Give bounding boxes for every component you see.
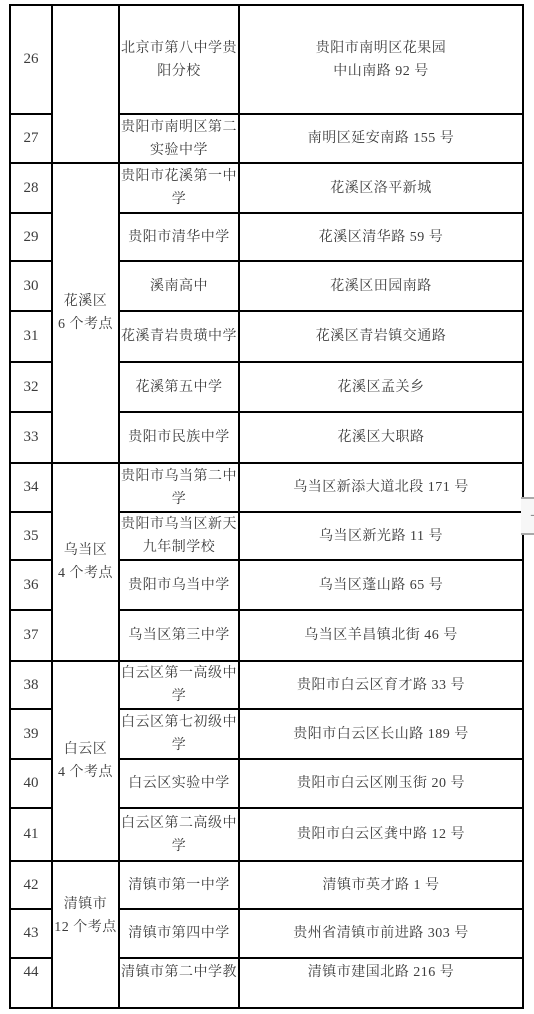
row-number-cell: 42 <box>10 861 52 909</box>
district-group-cell: 乌当区4 个考点 <box>52 463 119 661</box>
row-number-cell: 30 <box>10 261 52 311</box>
row-number-cell: 34 <box>10 463 52 512</box>
school-name-cell-line: 白云区实验中学 <box>120 772 238 795</box>
address-cell-line: 乌当区新添大道北段 171 号 <box>240 476 522 499</box>
address-cell: 贵阳市南明区花果园中山南路 92 号 <box>239 5 523 114</box>
school-name-cell: 贵阳市乌当中学 <box>119 560 239 610</box>
school-name-cell-line: 北京市第八中学贵 <box>120 37 238 60</box>
address-cell-line: 南明区延安南路 155 号 <box>240 127 522 150</box>
address-cell: 花溪区孟关乡 <box>239 362 523 412</box>
row-number-cell: 43 <box>10 909 52 958</box>
school-name-cell-line: 白云区第七初级中 <box>120 711 238 734</box>
address-cell-line: 贵阳市白云区长山路 189 号 <box>240 723 522 746</box>
school-name-cell-line: 白云区第一高级中 <box>120 662 238 685</box>
school-name-cell-line: 学 <box>120 188 238 211</box>
school-name-cell: 白云区第一高级中学 <box>119 661 239 709</box>
school-name-cell-line: 学 <box>120 734 238 757</box>
zoom-in-button[interactable]: + <box>521 497 534 535</box>
table-row: 26北京市第八中学贵阳分校贵阳市南明区花果园中山南路 92 号 <box>10 5 523 114</box>
school-name-cell-line: 九年制学校 <box>120 536 238 559</box>
school-name-cell-line: 学 <box>120 685 238 708</box>
row-number-cell: 35 <box>10 512 52 560</box>
district-group-cell-line: 6 个考点 <box>53 313 118 336</box>
row-number-cell: 26 <box>10 5 52 114</box>
district-group-cell-line: 4 个考点 <box>53 761 118 784</box>
row-number-cell: 28 <box>10 163 52 213</box>
school-name-cell-line: 阳分校 <box>120 60 238 83</box>
row-number-cell: 39 <box>10 709 52 759</box>
school-name-cell-line: 花溪青岩贵璜中学 <box>120 325 238 348</box>
address-cell-line: 乌当区蓬山路 65 号 <box>240 574 522 597</box>
school-name-cell: 贵阳市清华中学 <box>119 213 239 261</box>
district-group-cell <box>52 5 119 163</box>
row-number-cell: 38 <box>10 661 52 709</box>
row-number-cell: 27 <box>10 114 52 163</box>
table-row: 38白云区4 个考点白云区第一高级中学贵阳市白云区育才路 33 号 <box>10 661 523 709</box>
address-cell-line: 贵州省清镇市前进路 303 号 <box>240 922 522 945</box>
row-number-cell: 36 <box>10 560 52 610</box>
exam-site-table-body: 26北京市第八中学贵阳分校贵阳市南明区花果园中山南路 92 号27贵阳市南明区第… <box>10 5 523 1008</box>
table-row: 42清镇市12 个考点清镇市第一中学清镇市英才路 1 号 <box>10 861 523 909</box>
school-name-cell: 贵阳市南明区第二实验中学 <box>119 114 239 163</box>
school-name-cell: 清镇市第一中学 <box>119 861 239 909</box>
address-cell: 乌当区新光路 11 号 <box>239 512 523 560</box>
school-name-cell-line: 贵阳市乌当第二中 <box>120 465 238 488</box>
school-name-cell: 白云区第七初级中学 <box>119 709 239 759</box>
row-number-cell: 31 <box>10 311 52 362</box>
address-cell: 花溪区青岩镇交通路 <box>239 311 523 362</box>
row-number-cell: 40 <box>10 759 52 808</box>
row-number-cell: 29 <box>10 213 52 261</box>
district-group-cell: 清镇市12 个考点 <box>52 861 119 1008</box>
school-name-cell-line: 清镇市第二中学教 <box>120 961 238 984</box>
school-name-cell-line: 贵阳市清华中学 <box>120 226 238 249</box>
district-group-cell-line: 4 个考点 <box>53 562 118 585</box>
school-name-cell: 白云区实验中学 <box>119 759 239 808</box>
school-name-cell-line: 白云区第二高级中 <box>120 812 238 835</box>
address-cell: 贵阳市白云区龚中路 12 号 <box>239 808 523 861</box>
school-name-cell-line: 花溪第五中学 <box>120 376 238 399</box>
address-cell-line: 花溪区青岩镇交通路 <box>240 325 522 348</box>
address-cell: 清镇市英才路 1 号 <box>239 861 523 909</box>
address-cell: 贵阳市白云区育才路 33 号 <box>239 661 523 709</box>
row-number-cell: 33 <box>10 412 52 463</box>
address-cell: 清镇市建国北路 216 号 <box>239 958 523 1008</box>
address-cell-line: 花溪区洛平新城 <box>240 177 522 200</box>
address-cell-line: 贵阳市白云区龚中路 12 号 <box>240 823 522 846</box>
school-name-cell: 贵阳市花溪第一中学 <box>119 163 239 213</box>
address-cell: 乌当区蓬山路 65 号 <box>239 560 523 610</box>
address-cell-line: 乌当区新光路 11 号 <box>240 525 522 548</box>
plus-icon: + <box>530 506 534 526</box>
school-name-cell-line: 实验中学 <box>120 139 238 162</box>
address-cell-line: 清镇市英才路 1 号 <box>240 874 522 897</box>
school-name-cell: 清镇市第二中学教 <box>119 958 239 1008</box>
school-name-cell-line: 贵阳市乌当中学 <box>120 574 238 597</box>
school-name-cell: 花溪第五中学 <box>119 362 239 412</box>
school-name-cell: 溪南高中 <box>119 261 239 311</box>
address-cell-line: 乌当区羊昌镇北街 46 号 <box>240 624 522 647</box>
address-cell: 贵阳市白云区长山路 189 号 <box>239 709 523 759</box>
address-cell: 花溪区大职路 <box>239 412 523 463</box>
row-number-cell: 41 <box>10 808 52 861</box>
school-name-cell-line: 学 <box>120 488 238 511</box>
school-name-cell: 北京市第八中学贵阳分校 <box>119 5 239 114</box>
school-name-cell: 贵阳市乌当区新天九年制学校 <box>119 512 239 560</box>
address-cell-line: 贵阳市南明区花果园 <box>240 37 522 60</box>
school-name-cell: 白云区第二高级中学 <box>119 808 239 861</box>
address-cell: 花溪区洛平新城 <box>239 163 523 213</box>
row-number-cell: 44 <box>10 958 52 1008</box>
school-name-cell-line: 乌当区第三中学 <box>120 624 238 647</box>
address-cell-line: 中山南路 92 号 <box>240 60 522 83</box>
district-group-cell-line: 清镇市 <box>53 893 118 916</box>
address-cell-line: 花溪区孟关乡 <box>240 376 522 399</box>
address-cell: 花溪区田园南路 <box>239 261 523 311</box>
school-name-cell: 花溪青岩贵璜中学 <box>119 311 239 362</box>
table-row: 28花溪区6 个考点贵阳市花溪第一中学花溪区洛平新城 <box>10 163 523 213</box>
school-name-cell: 贵阳市民族中学 <box>119 412 239 463</box>
address-cell: 花溪区清华路 59 号 <box>239 213 523 261</box>
school-name-cell-line: 学 <box>120 835 238 858</box>
table-row: 34乌当区4 个考点贵阳市乌当第二中学乌当区新添大道北段 171 号 <box>10 463 523 512</box>
address-cell: 乌当区新添大道北段 171 号 <box>239 463 523 512</box>
school-name-cell-line: 清镇市第四中学 <box>120 922 238 945</box>
district-group-cell-line: 花溪区 <box>53 290 118 313</box>
address-cell-line: 花溪区大职路 <box>240 426 522 449</box>
address-cell: 南明区延安南路 155 号 <box>239 114 523 163</box>
address-cell: 乌当区羊昌镇北街 46 号 <box>239 610 523 661</box>
district-group-cell-line: 12 个考点 <box>53 916 118 939</box>
district-group-cell-line: 乌当区 <box>53 539 118 562</box>
address-cell-line: 清镇市建国北路 216 号 <box>240 961 522 984</box>
school-name-cell-line: 贵阳市南明区第二 <box>120 116 238 139</box>
address-cell-line: 花溪区清华路 59 号 <box>240 226 522 249</box>
address-cell: 贵州省清镇市前进路 303 号 <box>239 909 523 958</box>
address-cell-line: 花溪区田园南路 <box>240 275 522 298</box>
exam-site-table: 26北京市第八中学贵阳分校贵阳市南明区花果园中山南路 92 号27贵阳市南明区第… <box>9 4 524 1009</box>
school-name-cell-line: 贵阳市花溪第一中 <box>120 165 238 188</box>
address-cell-line: 贵阳市白云区刚玉街 20 号 <box>240 772 522 795</box>
school-name-cell-line: 贵阳市民族中学 <box>120 426 238 449</box>
row-number-cell: 32 <box>10 362 52 412</box>
school-name-cell: 乌当区第三中学 <box>119 610 239 661</box>
district-group-cell-line: 白云区 <box>53 738 118 761</box>
row-number-cell: 37 <box>10 610 52 661</box>
school-name-cell-line: 溪南高中 <box>120 275 238 298</box>
district-group-cell: 花溪区6 个考点 <box>52 163 119 463</box>
address-cell-line: 贵阳市白云区育才路 33 号 <box>240 674 522 697</box>
school-name-cell: 清镇市第四中学 <box>119 909 239 958</box>
school-name-cell: 贵阳市乌当第二中学 <box>119 463 239 512</box>
school-name-cell-line: 清镇市第一中学 <box>120 874 238 897</box>
address-cell: 贵阳市白云区刚玉街 20 号 <box>239 759 523 808</box>
district-group-cell: 白云区4 个考点 <box>52 661 119 861</box>
school-name-cell-line: 贵阳市乌当区新天 <box>120 513 238 536</box>
